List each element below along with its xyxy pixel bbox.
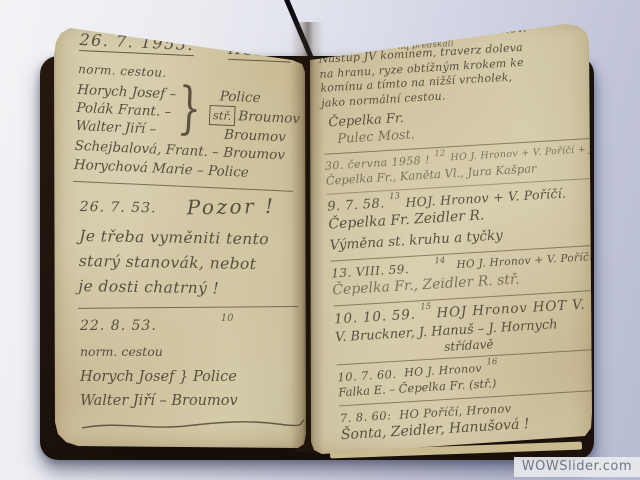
entry-heading: HOP. 3.	[228, 40, 292, 63]
entry-date: 26. 7. 1953.	[79, 30, 195, 56]
right-page: 9. května 57. "HO Jitka Hronov. na předs…	[304, 16, 596, 458]
right-page-content: 9. května 57. "HO Jitka Hronov. na předs…	[317, 17, 607, 446]
entry-10-10-59: 10. 10. 59. 15 HOJ Hronov HOT V. Poříčí …	[334, 296, 603, 366]
entry-date: 9. května 57.	[317, 28, 405, 48]
entry-26-7-1953: 26. 7. 1953. 9 HOP. 3. norm. cestou. Hor…	[73, 30, 300, 192]
entry-date: 22. 8. 53.	[80, 318, 157, 334]
left-page: 26. 7. 1953. 9 HOP. 3. norm. cestou. Hor…	[52, 20, 308, 450]
entry-26-7-53: 26. 7. 53. Pozor ! Je třeba vyměniti ten…	[78, 192, 300, 310]
entry-header: 22. 8. 53. 10	[80, 318, 300, 334]
entry-22-8-53: 22. 8. 53. 10 norm. cestou Horych Josef …	[80, 318, 300, 433]
club-name: "HO Jitka Hronov.	[412, 21, 527, 42]
page-number: 14	[434, 256, 445, 267]
left-page-content: 26. 7. 1953. 9 HOP. 3. norm. cestou. Hor…	[80, 30, 300, 433]
brace-mark: }	[176, 84, 202, 143]
climber-names: Horych Josef – Polák Frant. – Walter Jiř…	[75, 81, 176, 141]
climber-list: Horych Josef – Polák Frant. – Walter Jiř…	[75, 81, 297, 147]
page-number: 9	[216, 31, 223, 42]
page-number: 16	[486, 357, 497, 368]
entry-heading: Pozor !	[186, 194, 275, 220]
town-name: Broumov	[238, 108, 300, 127]
wavy-line	[80, 417, 306, 433]
route-note: norm. cestou	[80, 344, 300, 359]
page-number: 12	[434, 149, 445, 160]
entry-header: 26. 7. 1953. 9 HOP. 3.	[79, 30, 300, 63]
climber-list: Horych Josef } Police Walter Jiří – Brou…	[80, 365, 300, 413]
note-line: starý stanovák, nebot	[79, 249, 299, 278]
climber-line: Horych Josef } Police	[80, 365, 300, 389]
page-number: 10	[221, 313, 234, 324]
divider-line	[78, 306, 298, 309]
climber-towns: Police stř.Broumov Broumov	[208, 87, 302, 147]
entry-date: 26. 7. 53.	[80, 199, 157, 216]
note-line: je dosti chatrný !	[78, 274, 298, 303]
str-label: stř.	[208, 105, 235, 126]
warning-note: Je třeba vyměniti tento starý stanovák, …	[78, 224, 299, 303]
watermark-link[interactable]: WOWSlider.com	[514, 457, 640, 477]
town-row: stř.Broumov	[208, 105, 300, 129]
page-number: 15	[420, 302, 431, 313]
page-number: 13	[389, 191, 400, 202]
climber-line: Walter Jiří – Broumov	[80, 389, 300, 413]
entry-9-7-58: 9. 7. 58. 13 HOJ. Hronov + V. Poříčí. Če…	[327, 184, 596, 262]
entry-9-kvetna-57: 9. května 57. "HO Jitka Hronov. na předs…	[317, 17, 590, 155]
note-line: Je třeba vyměniti tento	[79, 224, 299, 253]
notebook-photo: 26. 7. 1953. 9 HOP. 3. norm. cestou. Hor…	[0, 0, 640, 480]
entry-header: 26. 7. 53. Pozor !	[80, 192, 300, 220]
